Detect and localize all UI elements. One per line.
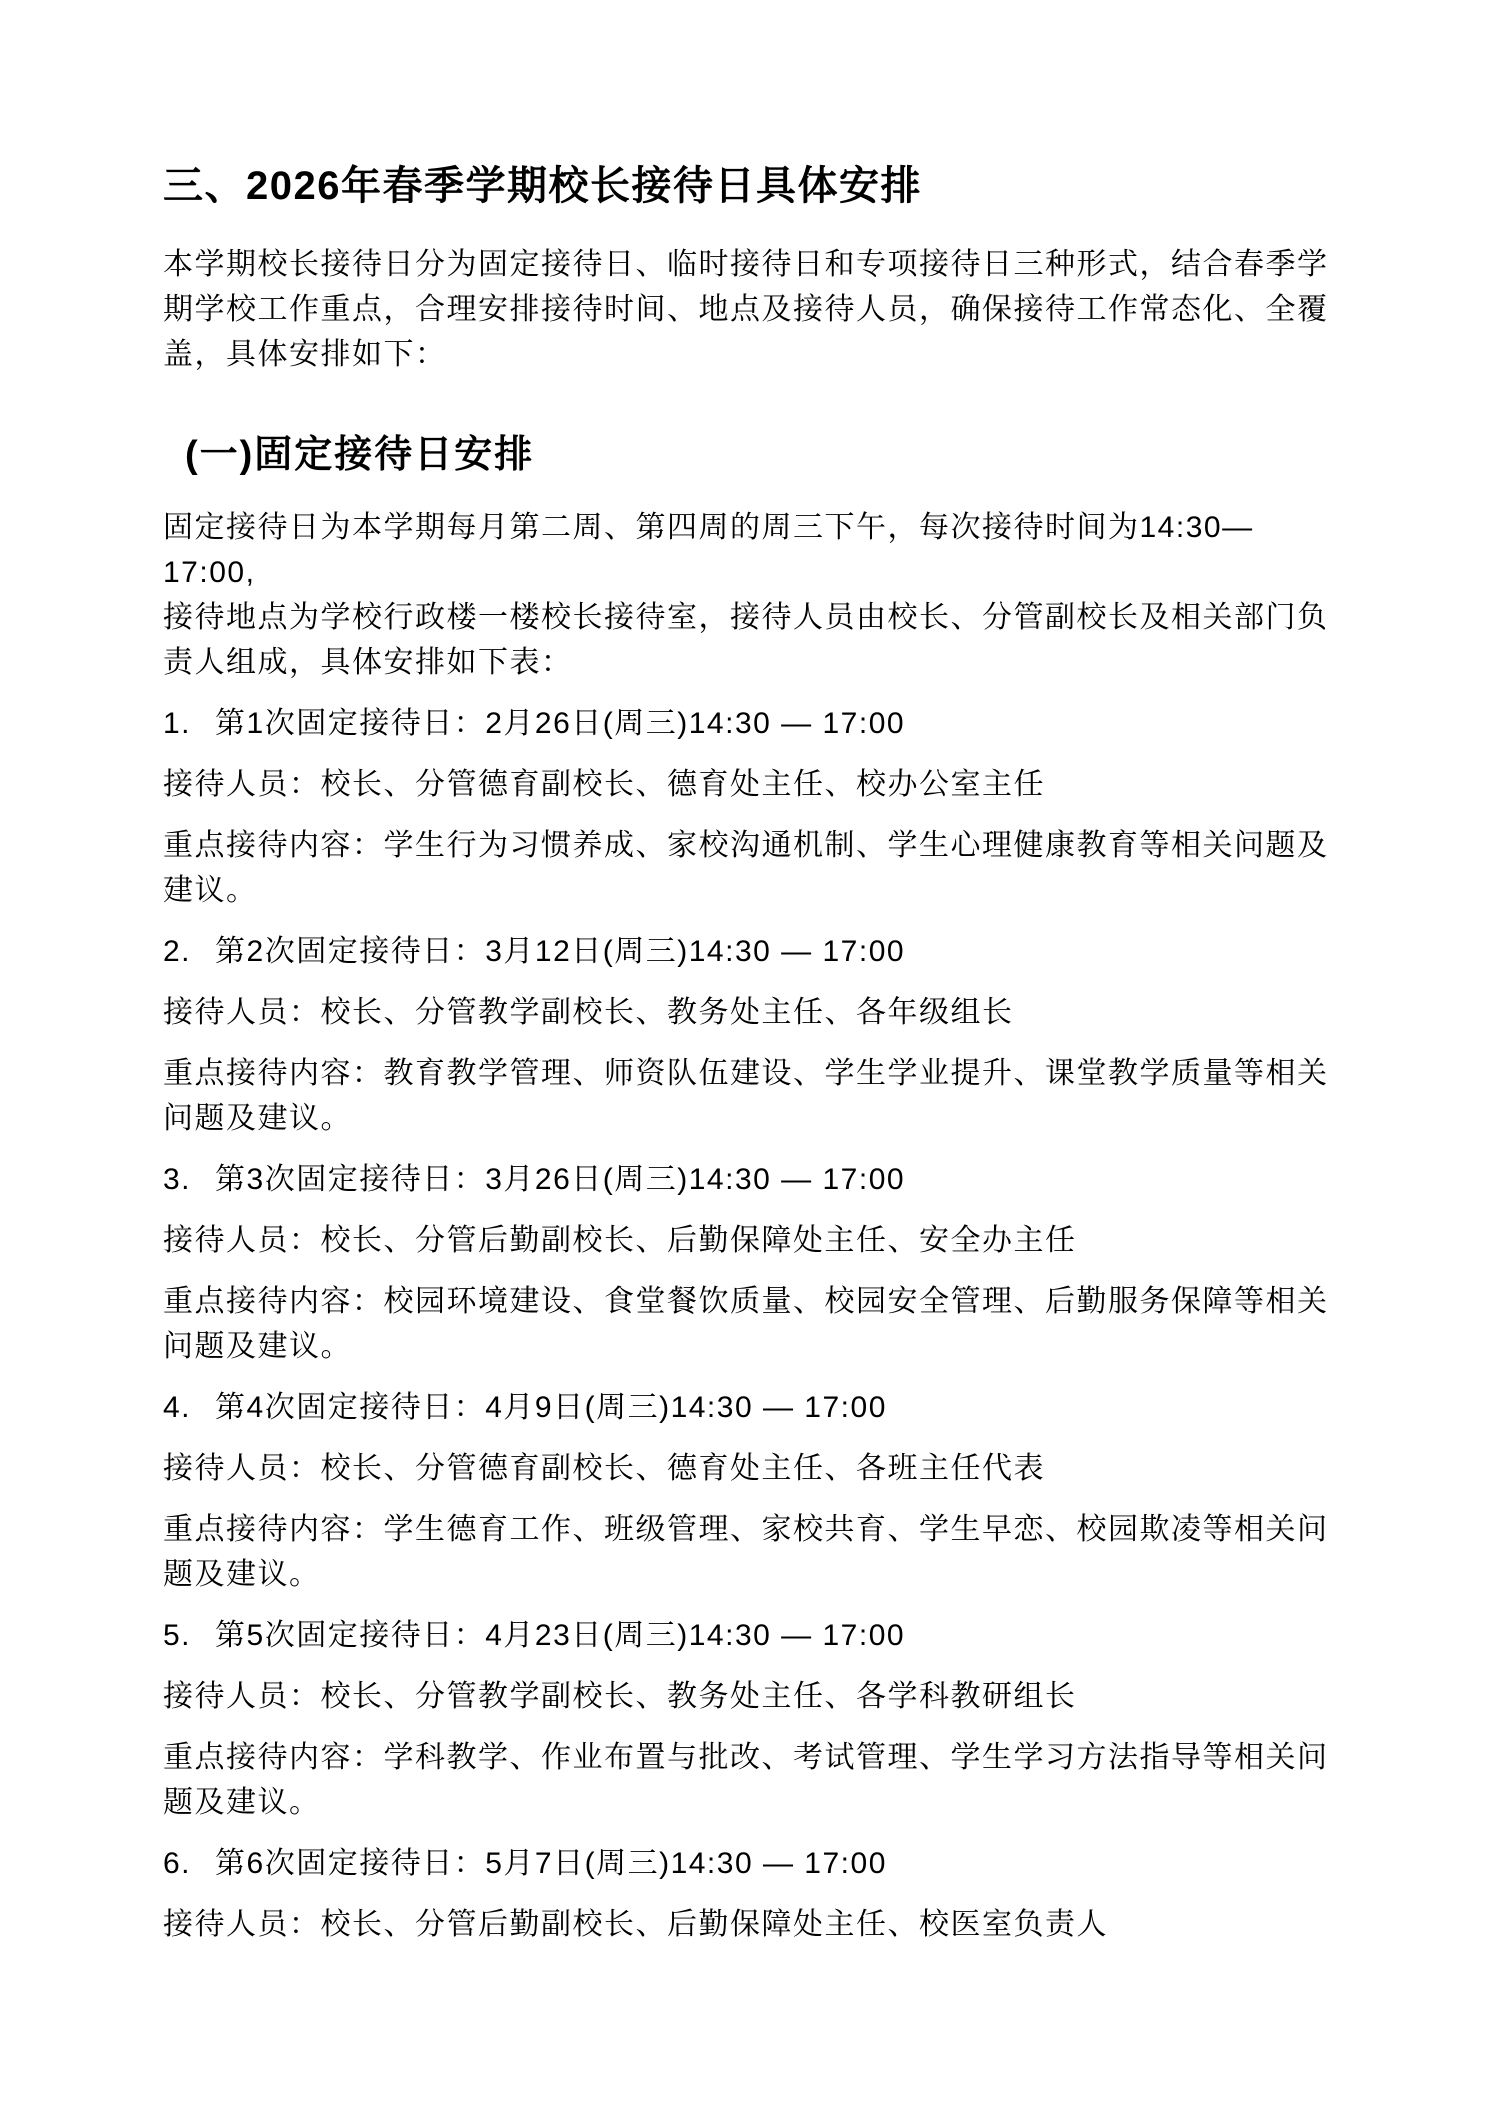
item-date-line: 4.第4次固定接待日：4月9日(周三)14:30 — 17:00 <box>163 1385 1335 1430</box>
document-page: 三、2026年春季学期校长接待日具体安排 本学期校长接待日分为固定接待日、临时接… <box>0 0 1493 2112</box>
item-content-line: 重点接待内容：校园环境建设、食堂餐饮质量、校园安全管理、后勤服务保障等相关 问题… <box>163 1279 1335 1369</box>
item-date-text: 第4次固定接待日：4月9日(周三)14:30 — 17:00 <box>215 1391 887 1424</box>
item-staff-line: 接待人员：校长、分管德育副校长、德育处主任、校办公室主任 <box>163 762 1335 807</box>
item-content-line: 重点接待内容：学生德育工作、班级管理、家校共育、学生早恋、校园欺凌等相关问 题及… <box>163 1507 1335 1597</box>
item-number: 3. <box>163 1157 191 1202</box>
section-intro-paragraph: 固定接待日为本学期每月第二周、第四周的周三下午，每次接待时间为14:30—17:… <box>163 505 1335 685</box>
item-date-text: 第1次固定接待日：2月26日(周三)14:30 — 17:00 <box>215 707 905 740</box>
item-date-line: 1.第1次固定接待日：2月26日(周三)14:30 — 17:00 <box>163 701 1335 746</box>
item-staff-line: 接待人员：校长、分管教学副校长、教务处主任、各年级组长 <box>163 990 1335 1035</box>
page-title: 三、2026年春季学期校长接待日具体安排 <box>163 160 1335 212</box>
item-content-line: 重点接待内容：学生行为习惯养成、家校沟通机制、学生心理健康教育等相关问题及 建议… <box>163 823 1335 913</box>
reception-item: 5.第5次固定接待日：4月23日(周三)14:30 — 17:00 接待人员：校… <box>163 1613 1335 1825</box>
reception-item: 6.第6次固定接待日：5月7日(周三)14:30 — 17:00 接待人员：校长… <box>163 1841 1335 1947</box>
item-content-line: 重点接待内容：学科教学、作业布置与批改、考试管理、学生学习方法指导等相关问 题及… <box>163 1735 1335 1825</box>
item-content-line: 重点接待内容：教育教学管理、师资队伍建设、学生学业提升、课堂教学质量等相关 问题… <box>163 1051 1335 1141</box>
reception-item: 3.第3次固定接待日：3月26日(周三)14:30 — 17:00 接待人员：校… <box>163 1157 1335 1369</box>
item-number: 6. <box>163 1841 191 1886</box>
item-date-text: 第5次固定接待日：4月23日(周三)14:30 — 17:00 <box>215 1619 905 1652</box>
item-staff-line: 接待人员：校长、分管后勤副校长、后勤保障处主任、校医室负责人 <box>163 1902 1335 1947</box>
item-date-text: 第3次固定接待日：3月26日(周三)14:30 — 17:00 <box>215 1163 905 1196</box>
item-number: 2. <box>163 929 191 974</box>
item-date-line: 6.第6次固定接待日：5月7日(周三)14:30 — 17:00 <box>163 1841 1335 1886</box>
item-staff-line: 接待人员：校长、分管德育副校长、德育处主任、各班主任代表 <box>163 1446 1335 1491</box>
reception-item: 4.第4次固定接待日：4月9日(周三)14:30 — 17:00 接待人员：校长… <box>163 1385 1335 1597</box>
intro-paragraph: 本学期校长接待日分为固定接待日、临时接待日和专项接待日三种形式，结合春季学 期学… <box>163 242 1335 377</box>
item-staff-line: 接待人员：校长、分管后勤副校长、后勤保障处主任、安全办主任 <box>163 1218 1335 1263</box>
item-date-text: 第2次固定接待日：3月12日(周三)14:30 — 17:00 <box>215 935 905 968</box>
reception-item: 1.第1次固定接待日：2月26日(周三)14:30 — 17:00 接待人员：校… <box>163 701 1335 913</box>
item-date-line: 3.第3次固定接待日：3月26日(周三)14:30 — 17:00 <box>163 1157 1335 1202</box>
item-date-text: 第6次固定接待日：5月7日(周三)14:30 — 17:00 <box>215 1847 887 1880</box>
item-staff-line: 接待人员：校长、分管教学副校长、教务处主任、各学科教研组长 <box>163 1674 1335 1719</box>
reception-item: 2.第2次固定接待日：3月12日(周三)14:30 — 17:00 接待人员：校… <box>163 929 1335 1141</box>
item-number: 5. <box>163 1613 191 1658</box>
item-date-line: 2.第2次固定接待日：3月12日(周三)14:30 — 17:00 <box>163 929 1335 974</box>
item-number: 4. <box>163 1385 191 1430</box>
item-date-line: 5.第5次固定接待日：4月23日(周三)14:30 — 17:00 <box>163 1613 1335 1658</box>
section-heading-fixed-reception: (一)固定接待日安排 <box>163 429 1335 481</box>
item-number: 1. <box>163 701 191 746</box>
